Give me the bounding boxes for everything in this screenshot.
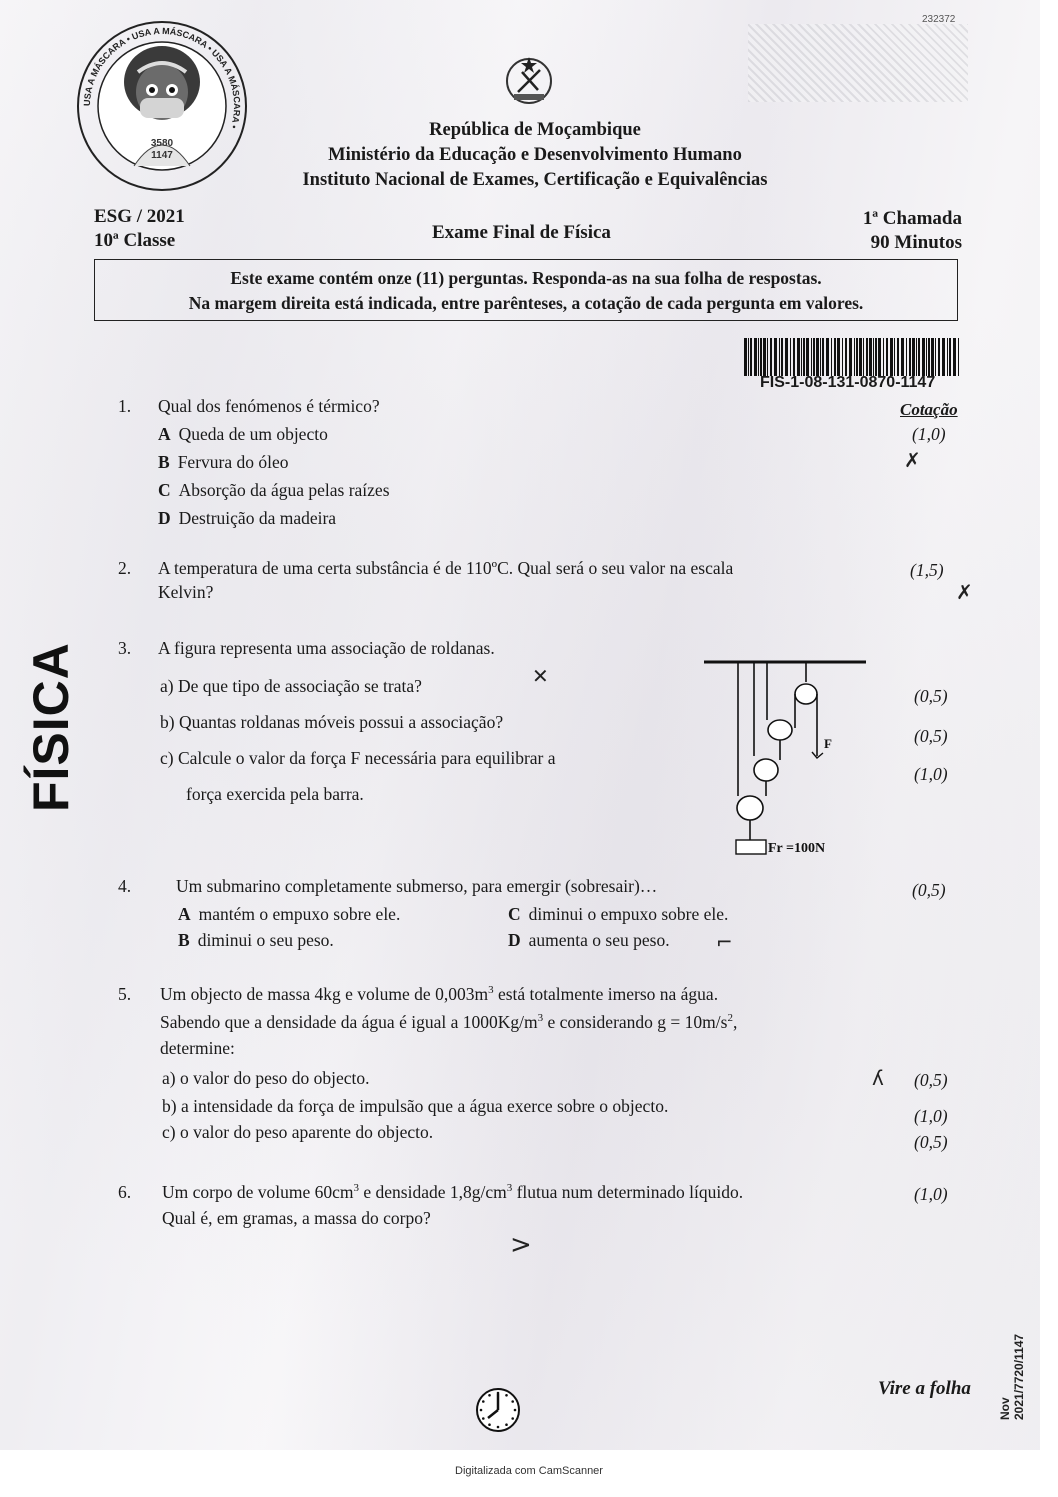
option-a: Amantém o empuxo sobre ele. bbox=[178, 904, 400, 925]
question-score: (1,0) bbox=[914, 1184, 948, 1205]
handwritten-mark: ✗ bbox=[956, 580, 973, 604]
part-c: c) o valor do peso aparente do objecto. bbox=[162, 1122, 433, 1143]
load-label: Fr =100N bbox=[768, 841, 825, 856]
handwritten-mark: ⌐ bbox=[716, 930, 733, 954]
handwritten-mark: > bbox=[510, 1230, 532, 1260]
question-score: (0,5) bbox=[912, 880, 946, 901]
score-column-header: Cotação bbox=[900, 400, 958, 420]
option-b: Bdiminui o seu peso. bbox=[178, 930, 334, 951]
option-d: DDestruição da madeira bbox=[158, 508, 336, 529]
header-ministry: Ministério da Educação e Desenvolvimento… bbox=[270, 143, 800, 168]
header-institute: Instituto Nacional de Exames, Certificaç… bbox=[270, 168, 800, 193]
question-number: 5. bbox=[118, 984, 131, 1005]
question-text-line-1: A temperatura de uma certa substância é … bbox=[158, 558, 733, 579]
barcode-number: FIS-1-08-131-0870-1147 bbox=[760, 374, 935, 392]
exam-duration: 90 Minutos bbox=[846, 231, 962, 255]
instructions-line-2: Na margem direita está indicada, entre p… bbox=[95, 291, 957, 316]
exam-title: Exame Final de Física bbox=[432, 222, 611, 244]
question-number: 4. bbox=[118, 876, 131, 897]
instructions-box: Este exame contém onze (11) perguntas. R… bbox=[94, 259, 958, 321]
security-pattern bbox=[748, 24, 968, 102]
seal-code-1: 3580 bbox=[151, 138, 174, 149]
part-c-score: (1,0) bbox=[914, 764, 948, 785]
part-c: c) Calcule o valor da força F necessária… bbox=[160, 748, 556, 769]
turn-page-label: Vire a folha bbox=[878, 1378, 971, 1400]
exam-call-block: 1ª Chamada 90 Minutos bbox=[846, 207, 962, 255]
exam-class: 10ª Classe bbox=[94, 229, 185, 253]
institution-header: República de Moçambique Ministério da Ed… bbox=[270, 118, 800, 193]
mozambique-emblem-icon bbox=[500, 54, 558, 108]
question-text-line-1: Um objecto de massa 4kg e volume de 0,00… bbox=[160, 984, 718, 1005]
header-republic: República de Moçambique bbox=[270, 118, 800, 143]
part-b: b) a intensidade da força de impulsão qu… bbox=[162, 1096, 668, 1117]
question-number: 3. bbox=[118, 638, 131, 659]
option-b: BFervura do óleo bbox=[158, 452, 289, 473]
part-c-continued: força exercida pela barra. bbox=[186, 784, 364, 805]
question-text: Qual dos fenómenos é térmico? bbox=[158, 396, 380, 417]
mask-campaign-seal-icon: USA A MÁSCARA • USA A MÁSCARA • USA A MÁ… bbox=[72, 20, 252, 192]
subject-side-label: FÍSICA bbox=[22, 642, 80, 812]
question-text: Um submarino completamente submerso, par… bbox=[176, 876, 657, 897]
scanner-watermark: Digitalizada com CamScanner bbox=[0, 1465, 1058, 1477]
question-number: 6. bbox=[118, 1182, 131, 1203]
part-b-score: (1,0) bbox=[914, 1106, 948, 1127]
barcode-icon bbox=[744, 338, 962, 376]
exam-level: ESG / 2021 bbox=[94, 205, 185, 229]
option-c: Cdiminui o empuxo sobre ele. bbox=[508, 904, 728, 925]
handwritten-mark: ✕ bbox=[532, 664, 549, 688]
part-c-score: (0,5) bbox=[914, 1132, 948, 1153]
option-a: AQueda de um objecto bbox=[158, 424, 328, 445]
handwritten-mark: ʎ bbox=[872, 1066, 884, 1090]
instructions-line-1: Este exame contém onze (11) perguntas. R… bbox=[95, 266, 957, 291]
part-a-score: (0,5) bbox=[914, 686, 948, 707]
question-text-line-2: Kelvin? bbox=[158, 582, 213, 603]
clock-icon bbox=[474, 1386, 522, 1434]
exam-page: 232372 USA A MÁSCARA • USA A MÁSCARA • U… bbox=[0, 0, 1040, 1450]
exam-level-block: ESG / 2021 10ª Classe bbox=[94, 205, 185, 253]
force-label: F bbox=[824, 736, 832, 751]
question-text-line-2: Sabendo que a densidade da água é igual … bbox=[160, 1012, 737, 1033]
part-a-score: (0,5) bbox=[914, 1070, 948, 1091]
part-b: b) Quantas roldanas móveis possui a asso… bbox=[160, 712, 503, 733]
question-text-line-3: determine: bbox=[160, 1038, 235, 1059]
part-b-score: (0,5) bbox=[914, 726, 948, 747]
question-score: (1,5) bbox=[910, 560, 944, 581]
seal-code-2: 1147 bbox=[151, 150, 173, 161]
question-text-line-2: Qual é, em gramas, a massa do corpo? bbox=[162, 1208, 431, 1229]
question-number: 2. bbox=[118, 558, 131, 579]
part-a: a) o valor do peso do objecto. bbox=[162, 1068, 370, 1089]
part-a: a) De que tipo de associação se trata? bbox=[160, 676, 422, 697]
print-code-side-label: Nov 2021/7720/1147 bbox=[998, 1334, 1026, 1420]
question-text: A figura representa uma associação de ro… bbox=[158, 638, 495, 659]
option-c: CAbsorção da água pelas raízes bbox=[158, 480, 390, 501]
question-number: 1. bbox=[118, 396, 131, 417]
exam-call: 1ª Chamada bbox=[846, 207, 962, 231]
handwritten-mark: ✗ bbox=[904, 448, 921, 472]
question-text-line-1: Um corpo de volume 60cm3 e densidade 1,8… bbox=[162, 1182, 743, 1203]
pulley-system-diagram: F Fr =100N bbox=[700, 656, 880, 856]
question-score: (1,0) bbox=[912, 424, 946, 445]
option-d: Daumenta o seu peso. bbox=[508, 930, 670, 951]
